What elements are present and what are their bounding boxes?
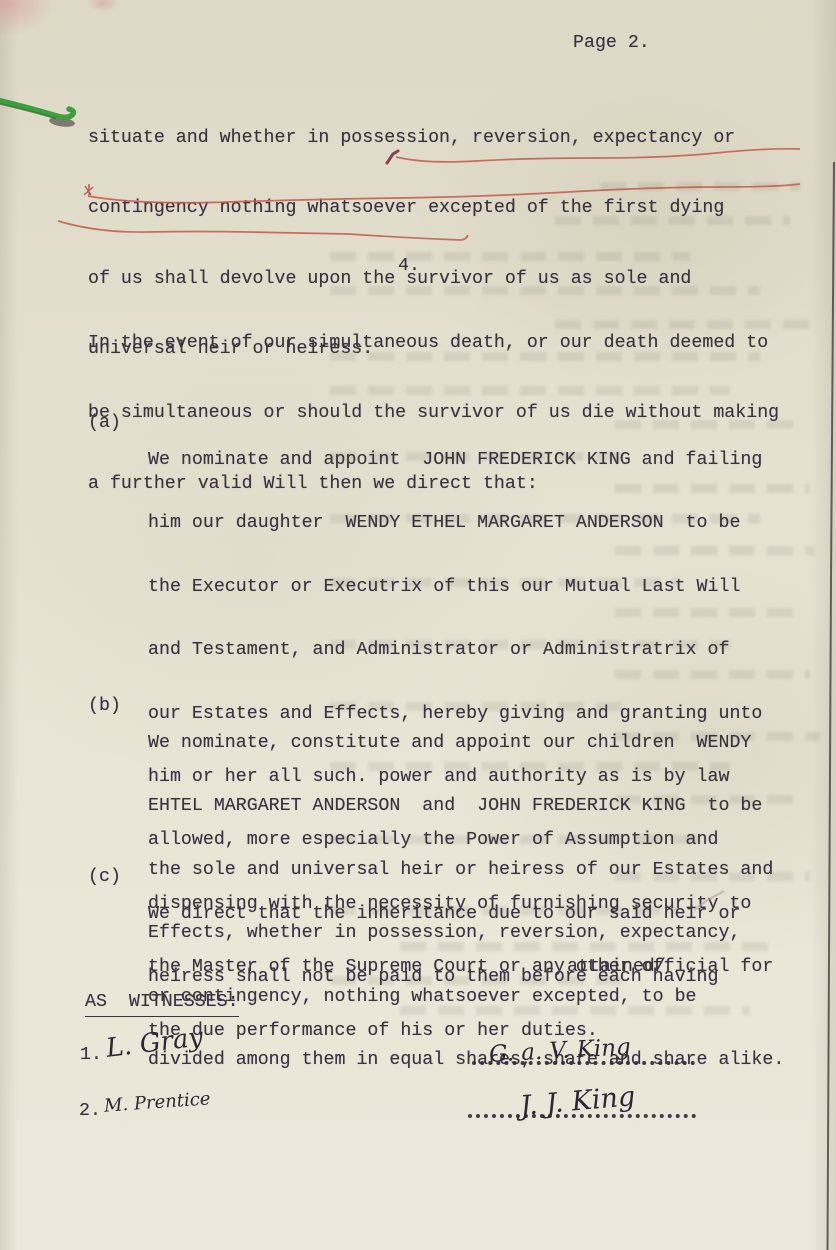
witnesses-heading: AS WITNESSES: [85, 993, 239, 1017]
text-line: We nominate and appoint JOHN FREDERICK K… [148, 450, 773, 477]
text-line: him our daughter WENDY ETHEL MARGARET AN… [148, 513, 773, 540]
text-line: We nominate, constitute and appoint our … [148, 733, 784, 760]
witness-1-number: 1. [80, 1046, 102, 1064]
page-number: Page 2. [573, 34, 650, 52]
thread-shadow [49, 116, 76, 129]
green-thread-icon [0, 100, 73, 117]
item-c-label: (c) [88, 868, 121, 886]
text-line: In the event of our simultaneous death, … [88, 333, 779, 367]
clause-number: 4. [398, 257, 420, 275]
scanned-will-page: Page 2. situate and whether in possessio… [0, 0, 836, 1250]
text-line: the Executor or Executrix of this our Mu… [148, 577, 773, 604]
text-line: and Testament, and Administrator or Admi… [148, 640, 773, 667]
text-line: EHTEL MARGARET ANDERSON and JOHN FREDERI… [148, 796, 784, 823]
text-line: We direct that the inheritance due to ou… [148, 904, 740, 931]
text-line: situate and whether in possession, rever… [88, 128, 735, 162]
text-line: contingency nothing whatsoever excepted … [88, 198, 735, 232]
witness-2-number: 2. [79, 1102, 101, 1120]
green-thread-shading [0, 103, 55, 118]
catchword: attained/ [567, 958, 666, 976]
page-edge-crease [828, 162, 835, 1250]
item-a-label: (a) [88, 414, 121, 432]
item-b-label: (b) [88, 697, 121, 715]
